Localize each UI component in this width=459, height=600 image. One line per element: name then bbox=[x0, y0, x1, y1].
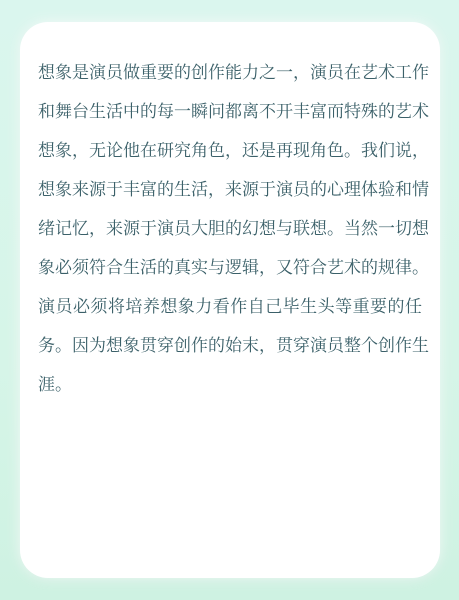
text-card: 想象是演员做重要的创作能力之一，演员在艺术工作 和舞台生活中的每一瞬问都离不开丰… bbox=[20, 22, 440, 578]
text-line: 演员必须将培养想象力看作自己毕生头等重要的任 bbox=[38, 287, 422, 326]
text-line: 涯。 bbox=[38, 365, 422, 404]
text-line: 想象来源于丰富的生活，来源于演员的心理体验和情 bbox=[38, 170, 422, 209]
text-line: 想象是演员做重要的创作能力之一，演员在艺术工作 bbox=[38, 53, 422, 92]
text-line: 想象，无论他在研究角色，还是再现角色。我们说， bbox=[38, 131, 422, 170]
text-line: 象必须符合生活的真实与逻辑，又符合艺术的规律。 bbox=[38, 248, 422, 287]
page-background: 想象是演员做重要的创作能力之一，演员在艺术工作 和舞台生活中的每一瞬问都离不开丰… bbox=[0, 0, 459, 600]
text-line: 务。因为想象贯穿创作的始末，贯穿演员整个创作生 bbox=[38, 326, 422, 365]
text-line: 和舞台生活中的每一瞬问都离不开丰富而特殊的艺术 bbox=[38, 92, 422, 131]
article-paragraph: 想象是演员做重要的创作能力之一，演员在艺术工作 和舞台生活中的每一瞬问都离不开丰… bbox=[38, 53, 422, 404]
text-line: 绪记忆，来源于演员大胆的幻想与联想。当然一切想 bbox=[38, 209, 422, 248]
